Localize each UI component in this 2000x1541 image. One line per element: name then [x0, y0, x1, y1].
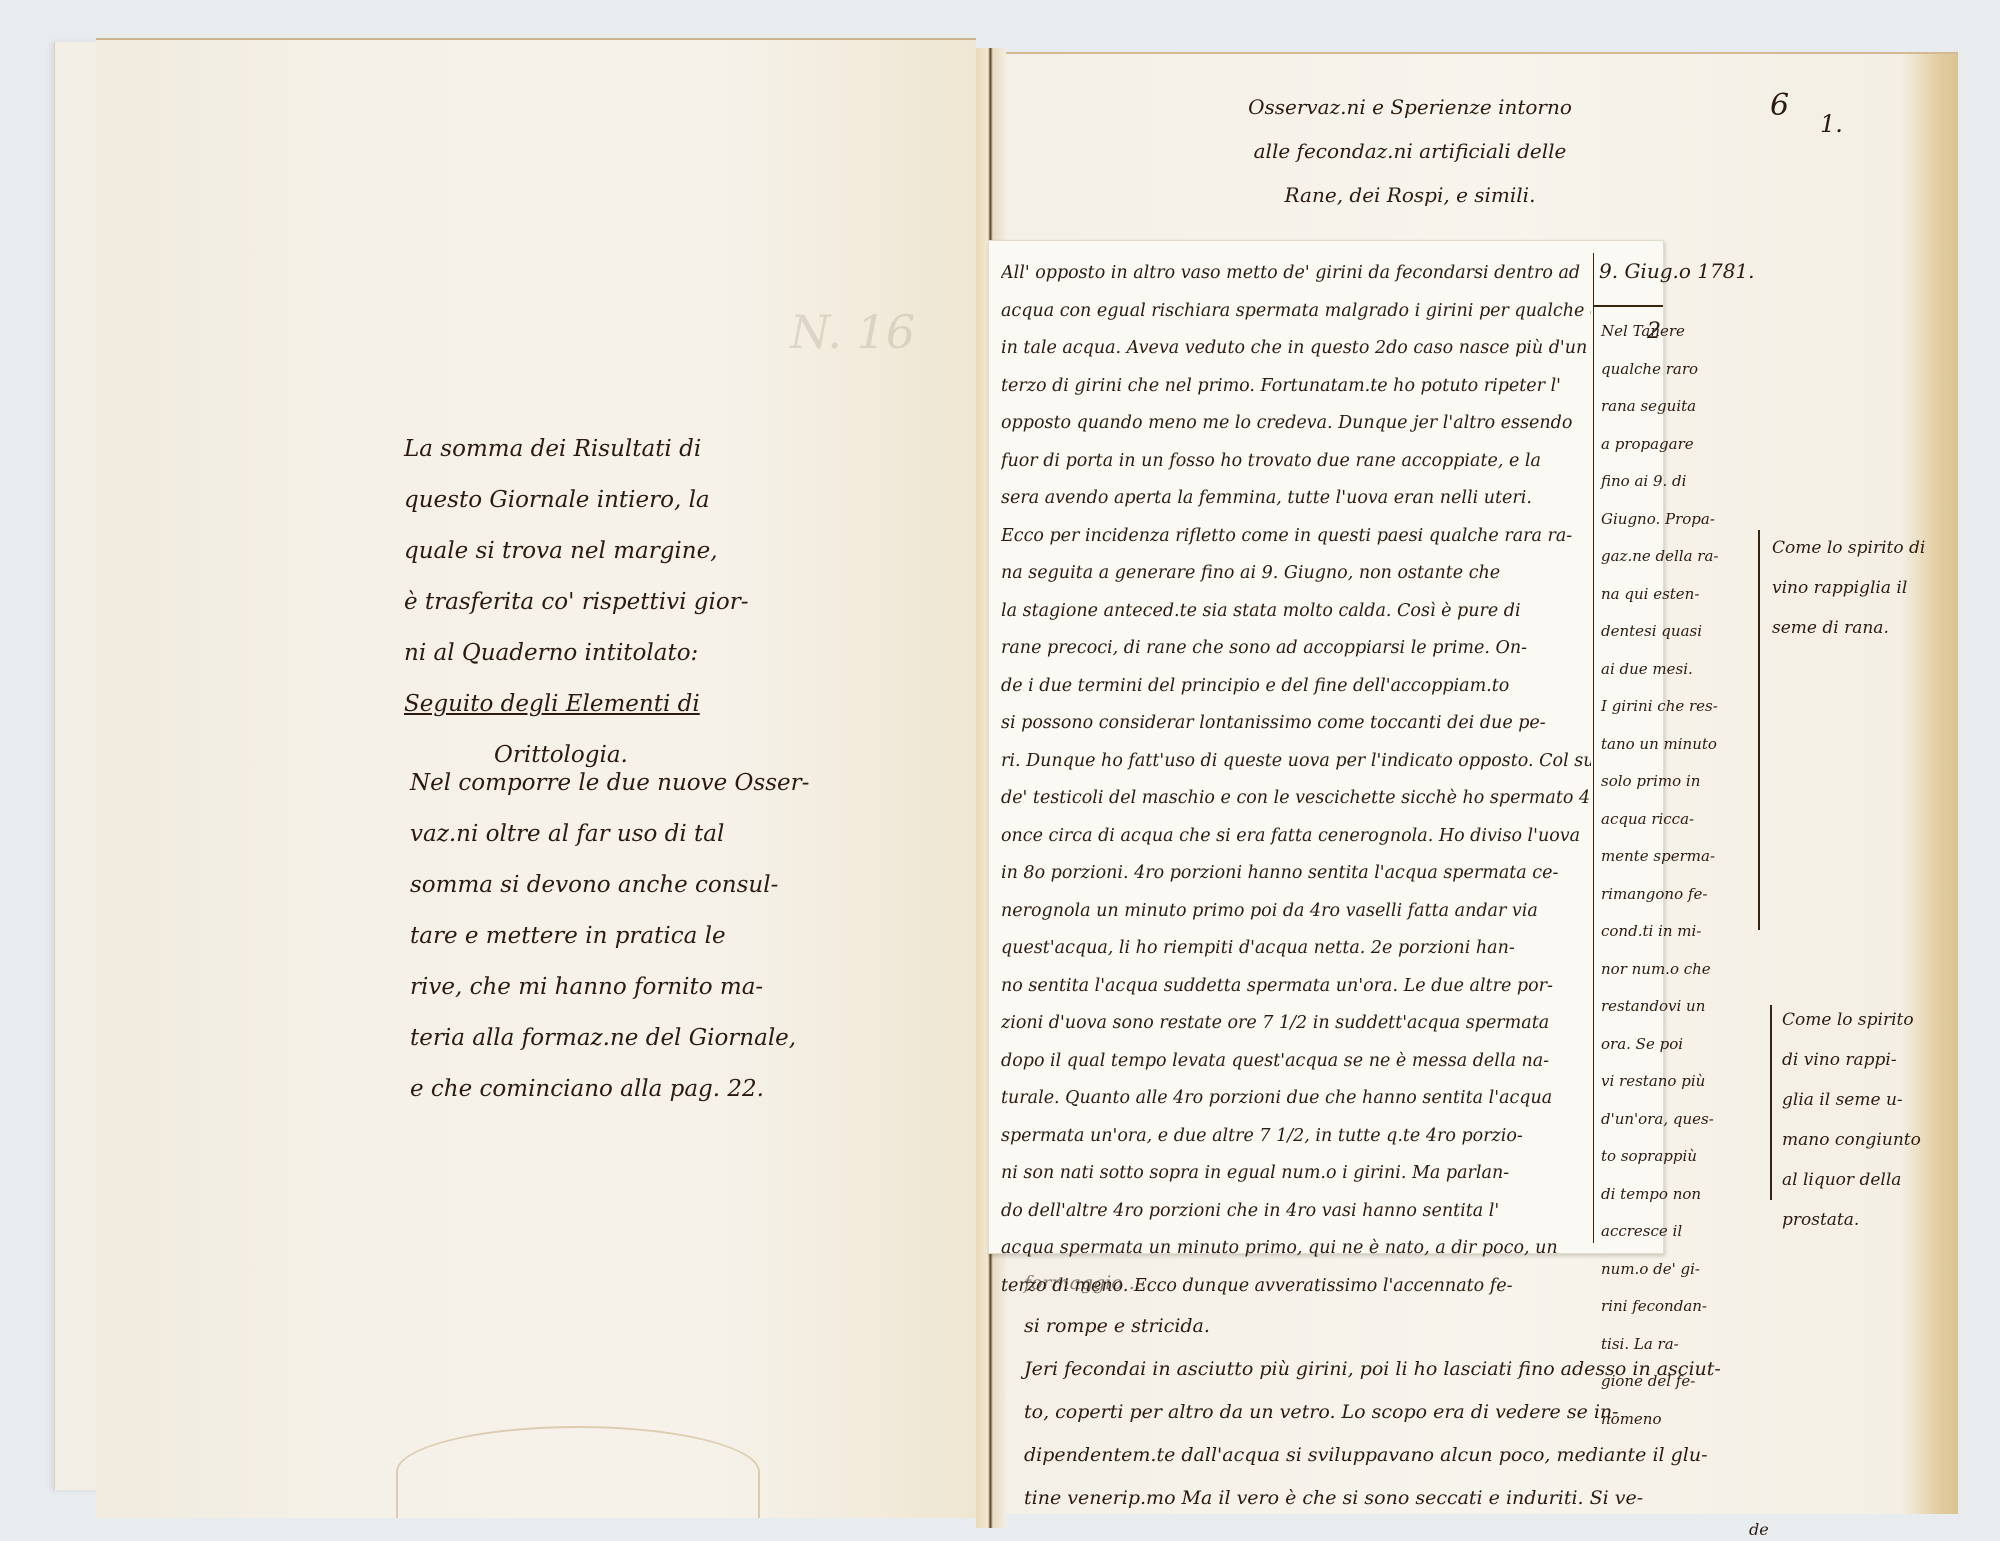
margin-note-rule — [1758, 530, 1760, 930]
text-line: de i due termini del principio e del fin… — [1001, 668, 1591, 706]
text-line: vi restano più — [1601, 1063, 1663, 1101]
text-line: Jeri fecondai in asciutto più girini, po… — [1024, 1348, 1784, 1391]
text-line: spermata un'ora, e due altre 7 1/2, in t… — [1001, 1118, 1591, 1156]
text-line: Nel comporre le due nuove Osser- — [410, 758, 790, 809]
text-line: acqua ricca- — [1601, 801, 1663, 839]
text-line: quale si trova nel margine, — [404, 526, 784, 577]
text-line: de' testicoli del maschio e con le vesci… — [1001, 780, 1591, 818]
text-line: di vino rappi- — [1782, 1040, 1921, 1080]
text-line: opposto quando meno me lo credeva. Dunqu… — [1001, 405, 1591, 443]
text-line: in tale acqua. Aveva veduto che in quest… — [1001, 330, 1591, 368]
text-line: mano congiunto — [1782, 1120, 1921, 1160]
text-line: rive, che mi hanno fornito ma- — [410, 962, 790, 1013]
text-line: tare e mettere in pratica le — [410, 911, 790, 962]
text-line: turale. Quanto alle 4ro porzioni due che… — [1001, 1080, 1591, 1118]
text-line: ni son nati sotto sopra in egual num.o i… — [1001, 1155, 1591, 1193]
text-line: mente sperma- — [1601, 838, 1663, 876]
text-line: fuor di porta in un fosso ho trovato due… — [1001, 443, 1591, 481]
text-line: seme di rana. — [1772, 608, 1925, 648]
page-number: 6 — [1770, 88, 1789, 123]
text-line: tine venerip.mo Ma il vero è che si sono… — [1024, 1477, 1784, 1520]
folio-number: 1. — [1820, 110, 1843, 138]
pasted-slip: All' opposto in altro vaso metto de' gir… — [988, 240, 1664, 1254]
text-line: restandovi un — [1601, 988, 1663, 1026]
text-line: ora. Se poi — [1601, 1026, 1663, 1064]
text-line: once circa di acqua che si era fatta cen… — [1001, 818, 1591, 856]
text-line: terzo di girini che nel primo. Fortunata… — [1001, 368, 1591, 406]
text-line: La somma dei Risultati di — [404, 424, 784, 475]
text-line: d'un'ora, ques- — [1601, 1101, 1663, 1139]
text-line: somma si devono anche consul- — [410, 860, 790, 911]
text-line: I girini che res- — [1601, 688, 1663, 726]
text-line: Giugno. Propa- — [1601, 501, 1663, 539]
text-line: si rompe e stricida. — [1024, 1305, 1784, 1348]
margin-note-1: Come lo spirito di vino rappiglia il sem… — [1772, 528, 1925, 648]
text-line: la stagione anteced.te sia stata molto c… — [1001, 593, 1591, 631]
text-line: ai due mesi. — [1601, 651, 1663, 689]
heading-line: Osservaz.ni e Sperienze intorno — [1200, 85, 1620, 129]
text-line: qualche raro — [1601, 351, 1663, 389]
text-line: glia il seme u- — [1782, 1080, 1921, 1120]
text-line: prostata. — [1782, 1200, 1921, 1240]
text-line: in 8o porzioni. 4ro porzioni hanno senti… — [1001, 855, 1591, 893]
page-heading: Osservaz.ni e Sperienze intorno alle fec… — [1200, 85, 1620, 217]
text-line: rane precoci, di rane che sono ad accopp… — [1001, 630, 1591, 668]
text-line: acqua con egual rischiara spermata malgr… — [1001, 293, 1591, 331]
text-line: è trasferita co' rispettivi gior- — [404, 577, 784, 628]
text-line: nerognola un minuto primo poi da 4ro vas… — [1001, 893, 1591, 931]
text-line: zioni d'uova sono restate ore 7 1/2 in s… — [1001, 1005, 1591, 1043]
text-line: Come lo spirito di — [1772, 528, 1925, 568]
margin-note-2: Come lo spirito di vino rappi- glia il s… — [1782, 1000, 1921, 1240]
text-line: to, coperti per altro da un vetro. Lo sc… — [1024, 1391, 1784, 1434]
text-line: rimangono fe- — [1601, 876, 1663, 914]
text-line: ni al Quaderno intitolato: — [404, 628, 784, 679]
text-line: cond.ti in mi- — [1601, 913, 1663, 951]
text-line: dipendentem.te dall'acqua si sviluppavan… — [1024, 1434, 1784, 1477]
margin-note-rule — [1770, 1005, 1772, 1200]
left-paragraph-2: Nel comporre le due nuove Osser- vaz.ni … — [410, 758, 790, 1115]
text-line: ri. Dunque ho fatt'uso di queste uova pe… — [1001, 743, 1591, 781]
text-line: si possono considerar lontanissimo come … — [1001, 705, 1591, 743]
text-line: a propagare — [1601, 426, 1663, 464]
text-line: All' opposto in altro vaso metto de' gir… — [1001, 255, 1591, 293]
catchword: de — [1024, 1520, 1784, 1540]
text-line: na qui esten- — [1601, 576, 1663, 614]
text-line: no sentita l'acqua suddetta spermata un'… — [1001, 968, 1591, 1006]
underlined-title-line: Seguito degli Elementi di — [404, 679, 784, 730]
text-line: solo primo in — [1601, 763, 1663, 801]
text-line: dentesi quasi — [1601, 613, 1663, 651]
text-line: gaz.ne della ra- — [1601, 538, 1663, 576]
water-stain — [396, 1426, 760, 1518]
text-line: fino ai 9. di — [1601, 463, 1663, 501]
text-line: questo Giornale intiero, la — [404, 475, 784, 526]
slip-main-text: All' opposto in altro vaso metto de' gir… — [1001, 255, 1591, 1305]
text-line: vino rappiglia il — [1772, 568, 1925, 608]
text-line: dopo il qual tempo levata quest'acqua se… — [1001, 1043, 1591, 1081]
heading-line: alle fecondaz.ni artificiali delle — [1200, 129, 1620, 173]
text-line: na seguita a generare fino ai 9. Giugno,… — [1001, 555, 1591, 593]
left-paragraph-1: La somma dei Risultati di questo Giornal… — [404, 424, 784, 781]
text-line: Come lo spirito — [1782, 1000, 1921, 1040]
text-line: al liquor della — [1782, 1160, 1921, 1200]
text-line: sera avendo aperta la femmina, tutte l'u… — [1001, 480, 1591, 518]
continuation-text: formaggio ... si rompe e stricida. Jeri … — [1024, 1262, 1784, 1540]
text-line: Ecco per incidenza rifletto come in ques… — [1001, 518, 1591, 556]
slip-date: 9. Giug.o 1781. — [1599, 259, 1755, 283]
text-line: formaggio ... — [1024, 1262, 1784, 1305]
text-line: quest'acqua, li ho riempiti d'acqua nett… — [1001, 930, 1591, 968]
date-underline — [1593, 305, 1663, 307]
text-line: tano un minuto — [1601, 726, 1663, 764]
bleed-through-mark: N. 16 — [790, 305, 915, 359]
text-line: e che cominciano alla pag. 22. — [410, 1064, 790, 1115]
text-line: rana seguita — [1601, 388, 1663, 426]
text-line: Nel Tanere — [1601, 313, 1663, 351]
text-line: di tempo non — [1601, 1176, 1663, 1214]
text-line: do dell'altre 4ro porzioni che in 4ro va… — [1001, 1193, 1591, 1231]
text-line: teria alla formaz.ne del Giornale, — [410, 1013, 790, 1064]
heading-line: Rane, dei Rospi, e simili. — [1200, 173, 1620, 217]
text-line: to soprappiù — [1601, 1138, 1663, 1176]
text-line: vaz.ni oltre al far uso di tal — [410, 809, 790, 860]
slip-column-rule — [1593, 253, 1594, 1243]
text-line: accresce il — [1601, 1213, 1663, 1251]
text-line: nor num.o che — [1601, 951, 1663, 989]
